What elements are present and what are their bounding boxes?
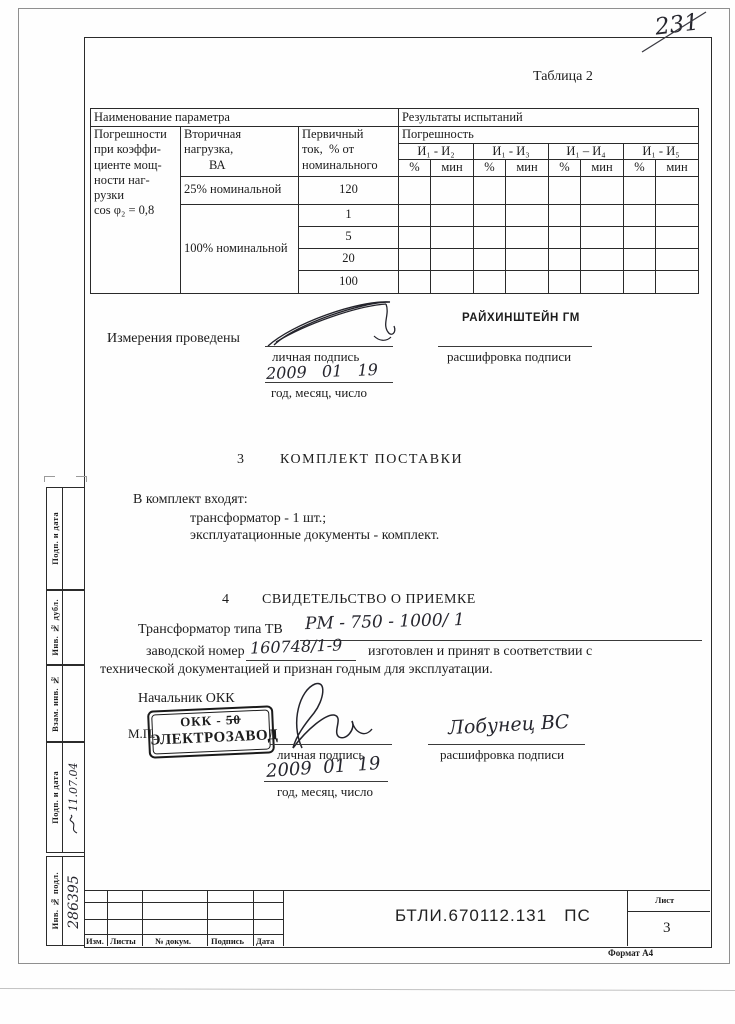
result-cell [656,226,699,248]
title-block-col-line [107,890,108,946]
sidebar-box-inv-podl: Инв. № подл. 286395 [46,856,85,946]
serial-number-printed: заводской номер [146,644,245,661]
col-podpis: Подпись [211,936,244,946]
section3-item: эксплуатационные документы - комплект. [190,528,439,545]
document-number: БТЛИ.670112.131 ПС [395,906,591,926]
pair-header: И₁ - И₃ [474,144,549,160]
result-cell [624,176,656,204]
sidebar-label-text: Инв. № дубл. [50,599,60,656]
section4-title: СВИДЕТЕЛЬСТВО О ПРИЕМКЕ [262,592,476,609]
result-cell [656,248,699,270]
sidebar-label: Подп. и дата [47,488,63,589]
col-ndokum: № докум. [155,936,191,946]
param-description-cell: Погрешности при коэффи- циенте мощ- ност… [91,127,181,294]
result-cell [399,226,431,248]
title-block-col-line [253,890,254,946]
decrypt-label: расшифровка подписи [447,349,571,365]
current-value: 1 [299,204,399,226]
result-cell [656,204,699,226]
serial-number-handwritten: 160748/1-9 [250,635,343,657]
okk-stamp-number: 50 [226,712,242,728]
result-cell [399,204,431,226]
load-25: 25% номинальной [181,176,299,204]
load-100: 100% номинальной [181,204,299,293]
result-cell [581,176,624,204]
result-cell [431,226,474,248]
pair-header: И₁ - И₂ [399,144,474,160]
result-cell [399,176,431,204]
unit-percent: % [549,160,581,176]
section3-intro: В комплект входят: [133,492,248,509]
inventory-number-handwritten: 286395 [66,875,82,928]
signature-line [270,744,392,745]
result-cell [549,204,581,226]
result-cell [549,248,581,270]
serial-underline [246,660,356,661]
corner-slash-mark [640,8,710,54]
sheet-label: Лист [655,895,674,905]
decrypt-label: расшифровка подписи [440,747,564,763]
sidebar-box-podp-data-1: Подп. и дата [46,487,85,590]
result-cell [624,204,656,226]
sheet-number: 3 [663,919,671,937]
result-cell [431,204,474,226]
result-cell [474,270,506,293]
paper-edge-line [0,988,735,991]
header-secondary-load: Вторичная нагрузка, ВА [181,127,299,177]
result-cell [656,270,699,293]
transformer-type-handwritten: РМ - 750 - 1000/ 1 [305,610,465,634]
unit-min: мин [506,160,549,176]
sidebar-box-podp-data-2: Подп. и дата 11.07.04 [46,742,85,853]
decrypt-line [438,346,592,347]
result-cell [399,270,431,293]
result-cell [431,248,474,270]
crop-mark [76,476,87,482]
title-block-col-line [207,890,208,946]
sidebar-box-inv-dubl: Инв. № дубл. [46,590,85,665]
section4-number: 4 [222,592,229,609]
measurer-name-stamp: РАЙХИНШТЕЙН ГМ [462,312,580,324]
crop-mark [44,476,55,482]
okk-stamp: ОКК - 50 ЭЛЕКТРОЗАВОД [147,705,275,758]
result-cell [549,270,581,293]
result-cell [474,248,506,270]
header-name-param: Наименование параметра [91,109,399,127]
result-cell [431,176,474,204]
date-line [265,382,393,383]
col-izm: Изм. [86,936,104,946]
sidebar-box-vzam-inv: Взам. инв. № [46,665,85,742]
current-value: 100 [299,270,399,293]
okk-stamp-prefix: ОКК - [180,712,226,729]
title-block-top-line [84,890,710,891]
result-cell [581,204,624,226]
format-label: Формат А4 [608,948,653,958]
measurements-label: Измерения проведены [107,331,240,348]
date-format-label: год, месяц, число [277,784,373,800]
result-cell [474,204,506,226]
header-error: Погрешность [399,127,699,144]
header-primary-current: Первичный ток, % от номинального [299,127,399,177]
unit-min: мин [581,160,624,176]
result-cell [656,176,699,204]
sidebar-label-text: Подп. и дата [50,512,60,565]
result-cell [399,248,431,270]
sidebar-date-handwritten: 11.07.04 [67,763,80,812]
result-cell [474,226,506,248]
unit-min: мин [431,160,474,176]
test-results-table: Наименование параметра Результаты испыта… [90,108,699,294]
result-cell [506,270,549,293]
header-results: Результаты испытаний [399,109,699,127]
title-block-col-line [142,890,143,946]
sheet-box-mid-line [627,911,710,912]
section3-number: 3 [237,452,244,469]
signature-line [265,346,393,347]
result-cell [506,204,549,226]
chief-okk-label: Начальник ОКК [138,691,235,708]
chief-signature [272,680,377,754]
measurer-signature [262,298,402,350]
sidebar-label-text: Взам. инв. № [50,675,60,732]
result-cell [581,270,624,293]
section3-title: КОМПЛЕКТ ПОСТАВКИ [280,452,463,469]
result-cell [506,226,549,248]
accepted-text-a: изготовлен и принят в соответствии с [368,644,592,661]
result-cell [549,226,581,248]
result-cell [581,226,624,248]
pair-header: И₁ – И₄ [549,144,624,160]
accepted-text-b: технической документацией и признан годн… [100,662,493,679]
scanned-document-page: 231 Таблица 2 Наименование параметра Рез… [0,0,735,1024]
unit-percent: % [624,160,656,176]
result-cell [431,270,474,293]
result-cell [549,176,581,204]
sidebar-label: Взам. инв. № [47,666,63,741]
table-caption: Таблица 2 [533,69,593,86]
transformer-type-printed: Трансформатор типа ТВ [138,622,283,639]
initials-scribble [68,815,80,835]
section3-item: трансформатор - 1 шт.; [190,511,326,528]
current-value: 5 [299,226,399,248]
unit-percent: % [399,160,431,176]
pair-header: И₁ - И₅ [624,144,699,160]
result-cell [624,226,656,248]
result-cell [624,270,656,293]
col-data: Дата [256,936,274,946]
current-value: 120 [299,176,399,204]
result-cell [506,176,549,204]
col-listy: Листы [110,936,136,946]
date-format-label: год, месяц, число [271,385,367,401]
decrypt-line [428,744,585,745]
date-line [264,781,388,782]
result-cell [581,248,624,270]
sidebar-inventory-entry: 286395 [47,857,86,947]
current-value: 20 [299,248,399,270]
sheet-box-left-line [627,890,628,946]
result-cell [506,248,549,270]
sidebar-date-entry: 11.07.04 [47,743,86,854]
sidebar-label: Инв. № дубл. [47,591,63,664]
title-block-col-line [283,890,284,946]
measurements-date-handwritten: 2009 01 19 [266,360,379,383]
result-cell [474,176,506,204]
unit-percent: % [474,160,506,176]
type-underline [300,640,702,641]
unit-min: мин [656,160,699,176]
result-cell [624,248,656,270]
